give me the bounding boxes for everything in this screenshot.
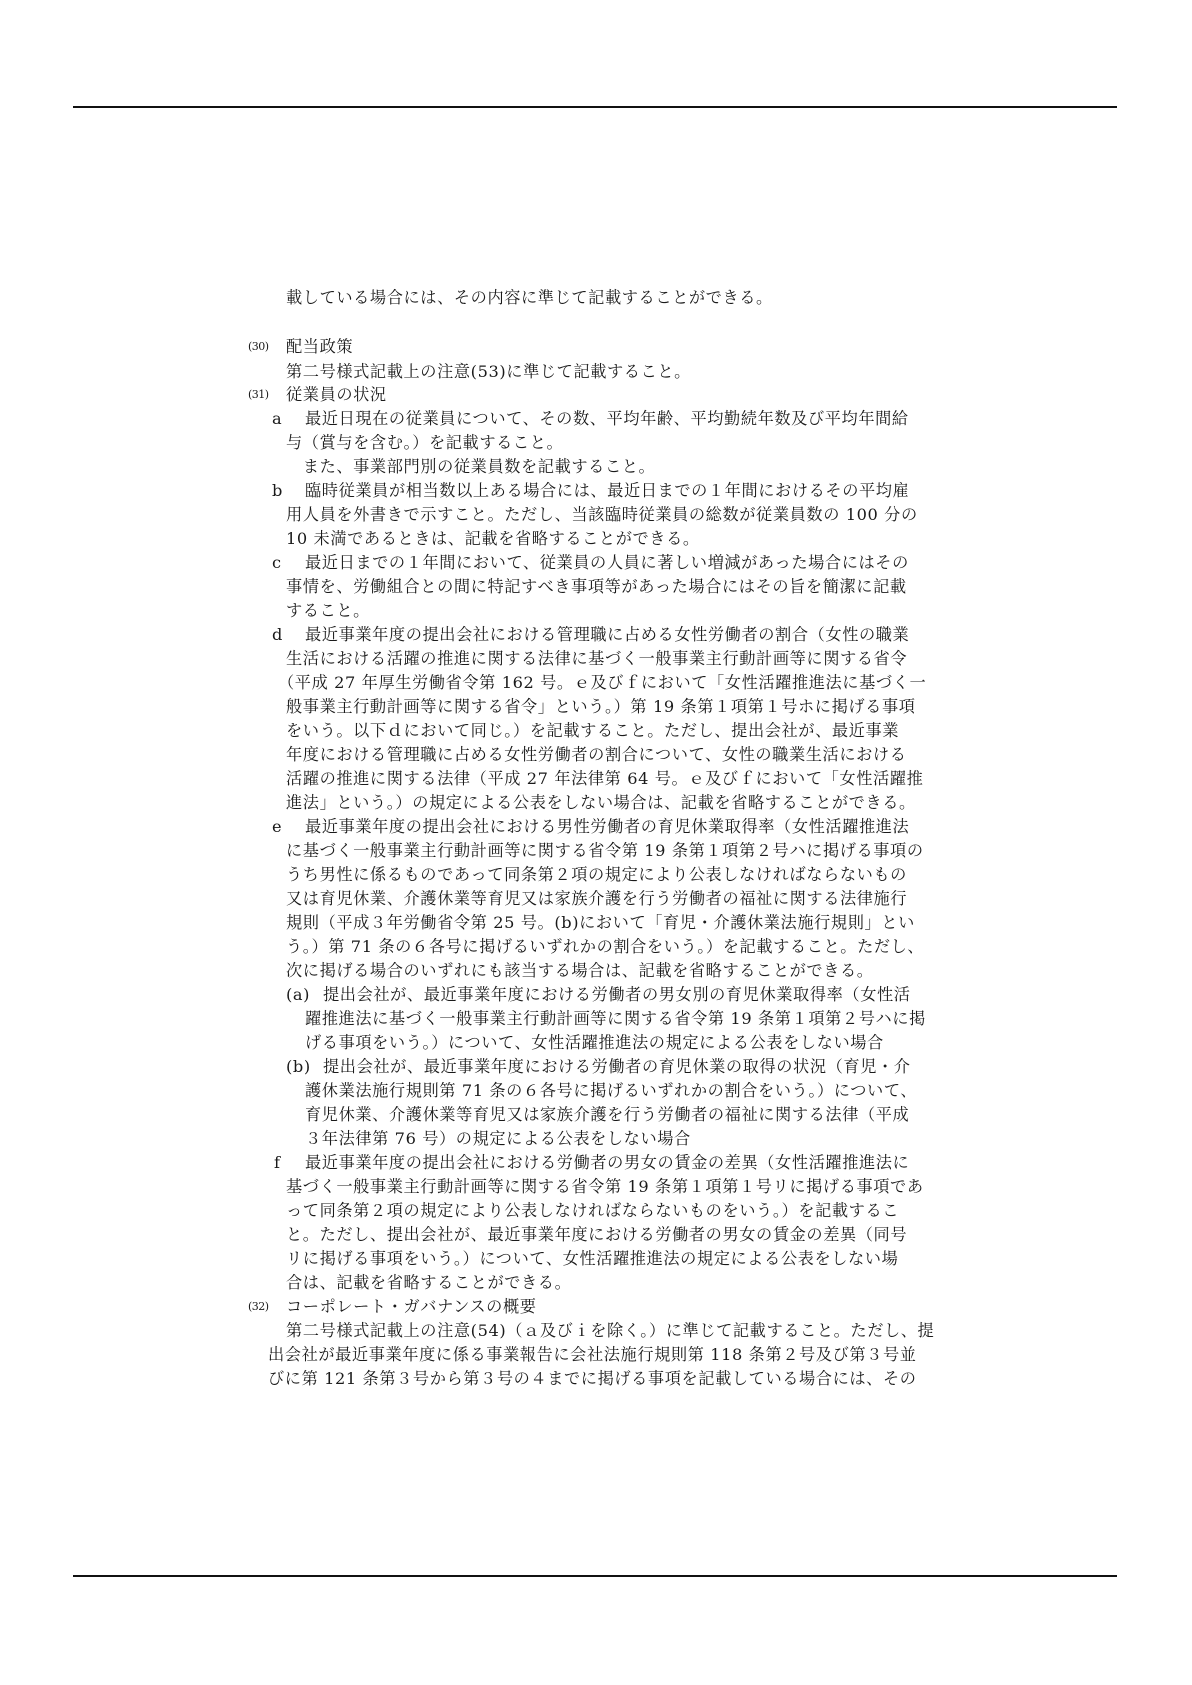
item-line: 臨時従業員が相当数以上ある場合には、最近日までの１年間におけるその平均雇 — [305, 481, 909, 501]
subitem-line: げる事項をいう。）について、女性活躍推進法の規定による公表をしない場合 — [305, 1033, 884, 1053]
item-line: 用人員を外書きで示すこと。ただし、当該臨時従業員の総数が従業員数の 100 分の — [286, 505, 918, 525]
section-number-30: (30) — [248, 337, 269, 357]
item-line: 最近日までの１年間において、従業員の人員に著しい増減があった場合にはその — [305, 553, 909, 573]
section-title-dividend-policy: 配当政策 — [286, 337, 353, 357]
item-line: 年度における管理職に占める女性労働者の割合について、女性の職業生活における — [286, 745, 907, 765]
item-line: また、事業部門別の従業員数を記載すること。 — [286, 457, 655, 477]
item-line: 最近事業年度の提出会社における男性労働者の育児休業取得率（女性活躍推進法 — [305, 817, 909, 837]
item-line: 次に掲げる場合のいずれにも該当する場合は、記載を省略することができる。 — [286, 961, 874, 981]
item-line: 事情を、労働組合との間に特記すべき事項等があった場合にはその旨を簡潔に記載 — [286, 577, 907, 597]
section-number-32: (32) — [248, 1297, 269, 1317]
item-line: 最近事業年度の提出会社における管理職に占める女性労働者の割合（女性の職業 — [305, 625, 909, 645]
item-line: 合は、記載を省略することができる。 — [286, 1273, 571, 1293]
section-body-line: 出会社が最近事業年度に係る事業報告に会社法施行規則第 118 条第２号及び第３号… — [268, 1345, 917, 1365]
subitem-line: 躍推進法に基づく一般事業主行動計画等に関する省令第 19 条第１項第２号ハに掲 — [305, 1009, 926, 1029]
item-line: う。）第 71 条の６各号に掲げるいずれかの割合をいう。）を記載すること。ただし… — [286, 937, 924, 957]
item-label-f: f — [274, 1153, 281, 1173]
item-label-b: b — [272, 481, 283, 501]
section-number-31: (31) — [248, 385, 269, 405]
continuation-line: 載している場合には、その内容に準じて記載することができる。 — [286, 288, 773, 308]
item-line: 最近日現在の従業員について、その数、平均年齢、平均勤続年数及び平均年間給 — [305, 409, 909, 429]
subitem-line: 提出会社が、最近事業年度における労働者の育児休業の取得の状況（育児・介 — [323, 1057, 911, 1077]
item-line: 与（賞与を含む。）を記載すること。 — [286, 433, 563, 453]
item-line: をいう。以下ｄにおいて同じ。）を記載すること。ただし、提出会社が、最近事業 — [286, 721, 899, 741]
subitem-line: 育児休業、介護休業等育児又は家族介護を行う労働者の福祉に関する法律（平成 — [305, 1105, 909, 1125]
section-title-employees: 従業員の状況 — [286, 385, 387, 405]
subitem-label-b: (b) — [286, 1057, 311, 1077]
item-line: 規則（平成３年労働省令第 25 号。(b)において「育児・介護休業法施行規則」と… — [286, 913, 915, 933]
section-title-corporate-governance: コーポレート・ガバナンスの概要 — [286, 1297, 537, 1317]
item-line: 般事業主行動計画等に関する省令」という。）第 19 条第１項第１号ホに掲げる事項 — [286, 697, 916, 717]
subitem-label-a: (a) — [286, 985, 310, 1005]
item-line: 進法」という。）の規定による公表をしない場合は、記載を省略することができる。 — [286, 793, 916, 813]
section-body-line: 第二号様式記載上の注意(54)（ａ及びｉを除く。）に準じて記載すること。ただし、… — [286, 1321, 934, 1341]
item-line: すること。 — [286, 601, 370, 621]
item-line: 生活における活躍の推進に関する法律に基づく一般事業主行動計画等に関する省令 — [286, 649, 907, 669]
document-body: 載している場合には、その内容に準じて記載することができる。 (30) 配当政策 … — [0, 0, 1192, 1685]
item-line: （平成 27 年厚生労働省令第 162 号。ｅ及びｆにおいて「女性活躍推進法に基… — [278, 673, 926, 693]
section-body-line: 第二号様式記載上の注意(53)に準じて記載すること。 — [286, 362, 691, 382]
item-line: って同条第２項の規定により公表しなければならないものをいう。）を記載するこ — [286, 1201, 899, 1221]
item-line: 基づく一般事業主行動計画等に関する省令第 19 条第１項第１号リに掲げる事項であ — [286, 1177, 924, 1197]
section-body-line: びに第 121 条第３号から第３号の４までに掲げる事項を記載している場合には、そ… — [268, 1369, 917, 1389]
subitem-line: ３年法律第 76 号）の規定による公表をしない場合 — [305, 1129, 691, 1149]
item-line: と。ただし、提出会社が、最近事業年度における労働者の男女の賃金の差異（同号 — [286, 1225, 907, 1245]
item-line: 10 未満であるときは、記載を省略することができる。 — [286, 529, 700, 549]
item-line: リに掲げる事項をいう。）について、女性活躍推進法の規定による公表をしない場 — [286, 1249, 898, 1269]
subitem-line: 提出会社が、最近事業年度における労働者の男女別の育児休業取得率（女性活 — [323, 985, 911, 1005]
item-line: 活躍の推進に関する法律（平成 27 年法律第 64 号。ｅ及びｆにおいて「女性活… — [286, 769, 923, 789]
subitem-line: 護休業法施行規則第 71 条の６各号に掲げるいずれかの割合をいう。）について、 — [305, 1081, 917, 1101]
item-label-e: e — [272, 817, 282, 837]
item-line: 又は育児休業、介護休業等育児又は家族介護を行う労働者の福祉に関する法律施行 — [286, 889, 907, 909]
item-label-c: c — [272, 553, 282, 573]
item-label-d: d — [272, 625, 283, 645]
item-line: に基づく一般事業主行動計画等に関する省令第 19 条第１項第２号ハに掲げる事項の — [286, 841, 924, 861]
footer-rule — [73, 1575, 1117, 1577]
item-line: 最近事業年度の提出会社における労働者の男女の賃金の差異（女性活躍推進法に — [305, 1153, 909, 1173]
item-label-a: a — [272, 409, 282, 429]
item-line: うち男性に係るものであって同条第２項の規定により公表しなければならないもの — [286, 865, 907, 885]
